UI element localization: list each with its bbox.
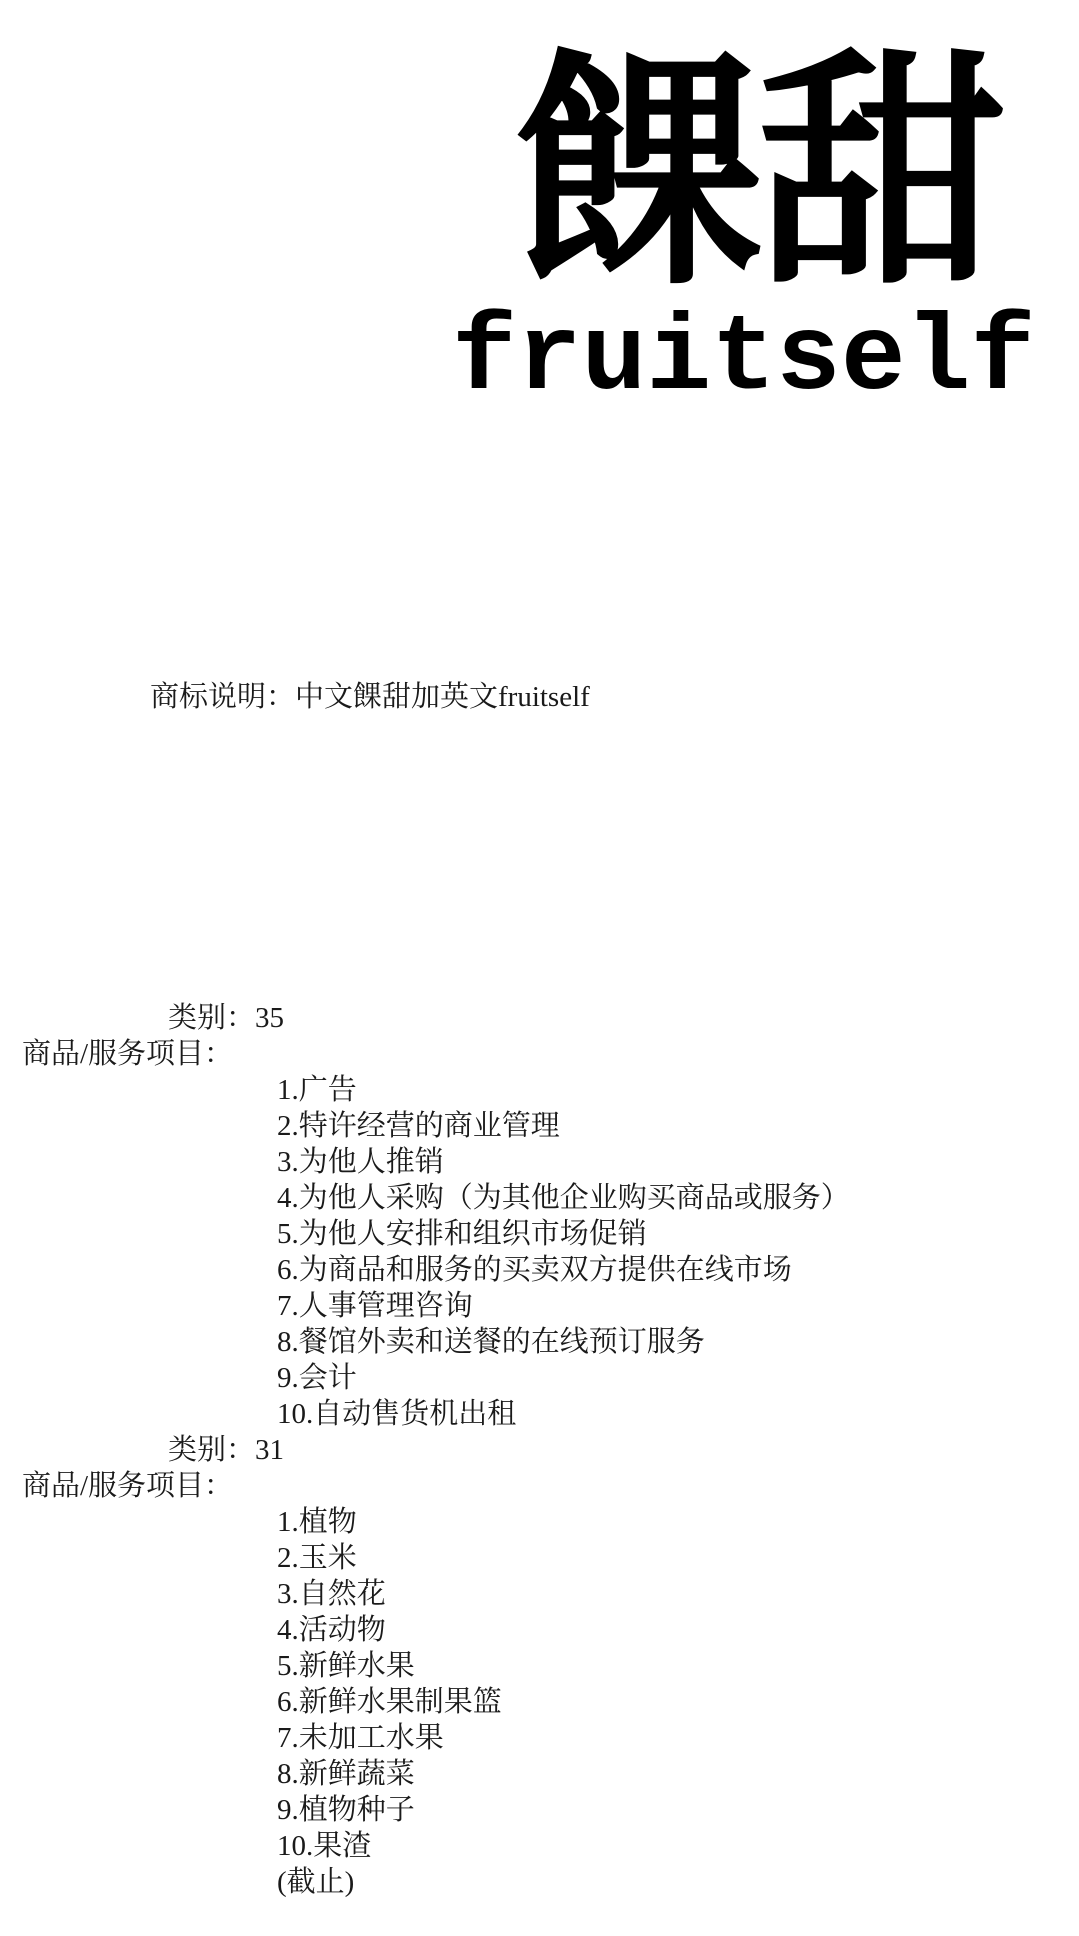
list-item: 8.餐馆外卖和送餐的在线预订服务 <box>0 1324 1079 1360</box>
category-number: 31 <box>255 1434 284 1466</box>
list-item: 9.植物种子 <box>0 1792 1079 1828</box>
list-item: 7.未加工水果 <box>0 1720 1079 1756</box>
items-label: 商品/服务项目： <box>0 1036 1079 1072</box>
list-item: 10.自动售货机出租 <box>0 1396 1079 1432</box>
category-heading: 类别：31 <box>0 1432 1079 1468</box>
list-item: 4.活动物 <box>0 1612 1079 1648</box>
list-item: 8.新鲜蔬菜 <box>0 1756 1079 1792</box>
list-item: 3.自然花 <box>0 1576 1079 1612</box>
trademark-document-page: 餜甜 fruitself 商标说明：中文餜甜加英文fruitself 类别：35… <box>0 0 1079 1936</box>
list-item: 6.新鲜水果制果篮 <box>0 1684 1079 1720</box>
list-item: 2.玉米 <box>0 1540 1079 1576</box>
trademark-note: 商标说明：中文餜甜加英文fruitself <box>150 680 590 715</box>
category-number: 35 <box>255 1002 284 1034</box>
category-heading: 类别：35 <box>0 1000 1079 1036</box>
items-label: 商品/服务项目： <box>0 1468 1079 1504</box>
list-item: 5.为他人安排和组织市场促销 <box>0 1216 1079 1252</box>
list-item: 3.为他人推销 <box>0 1144 1079 1180</box>
category-list-block: 类别：35 商品/服务项目： 1.广告 2.特许经营的商业管理 3.为他人推销 … <box>0 1000 1079 1900</box>
list-item: 6.为商品和服务的买卖双方提供在线市场 <box>0 1252 1079 1288</box>
list-item: 7.人事管理咨询 <box>0 1288 1079 1324</box>
category-label: 类别： <box>168 1002 255 1034</box>
list-item: 10.果渣 <box>0 1828 1079 1864</box>
list-item: 1.植物 <box>0 1504 1079 1540</box>
logo-cjk-text: 餜甜 <box>515 52 999 302</box>
list-item: 1.广告 <box>0 1072 1079 1108</box>
list-item: 2.特许经营的商业管理 <box>0 1108 1079 1144</box>
list-item: 9.会计 <box>0 1360 1079 1396</box>
end-note: (截止) <box>0 1864 1079 1900</box>
category-label: 类别： <box>168 1434 255 1466</box>
list-item: 5.新鲜水果 <box>0 1648 1079 1684</box>
list-item: 4.为他人采购（为其他企业购买商品或服务） <box>0 1180 1079 1216</box>
logo-latin-text: fruitself <box>452 306 1035 414</box>
